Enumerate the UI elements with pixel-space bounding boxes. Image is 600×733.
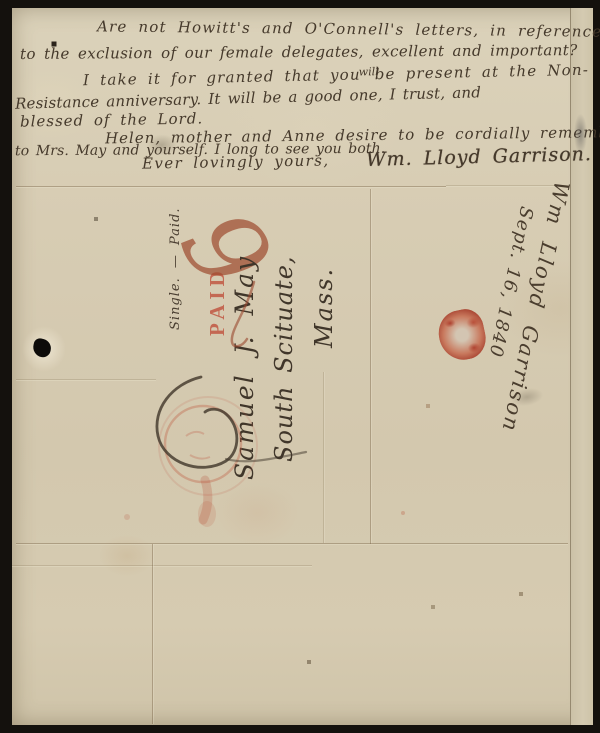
address-town: South Scituate, bbox=[270, 255, 298, 462]
letter-closing: Ever lovingly yours, bbox=[142, 151, 330, 172]
edge-smudge bbox=[574, 114, 587, 154]
ink-smudge bbox=[146, 134, 178, 156]
fold-crease-bottom-vertical bbox=[152, 544, 153, 724]
inserted-word-text: will bbox=[359, 65, 379, 78]
paper-specks bbox=[0, 0, 2, 2]
fold-crease-mid-vertical bbox=[370, 189, 371, 544]
fold-crease-left-short bbox=[16, 379, 156, 380]
letter-line: blessed of the Lord. bbox=[20, 109, 203, 130]
scanned-letter-page: Are not Howitt's and O'Connell's letters… bbox=[0, 0, 600, 733]
fold-crease-lower bbox=[16, 543, 568, 544]
fold-crease-left-vertical bbox=[323, 372, 324, 543]
fold-crease-lower-faint bbox=[12, 565, 312, 566]
address-state: Mass. bbox=[310, 267, 338, 348]
fold-crease-top bbox=[16, 186, 446, 187]
address-recipient: Samuel J. May bbox=[230, 255, 259, 480]
